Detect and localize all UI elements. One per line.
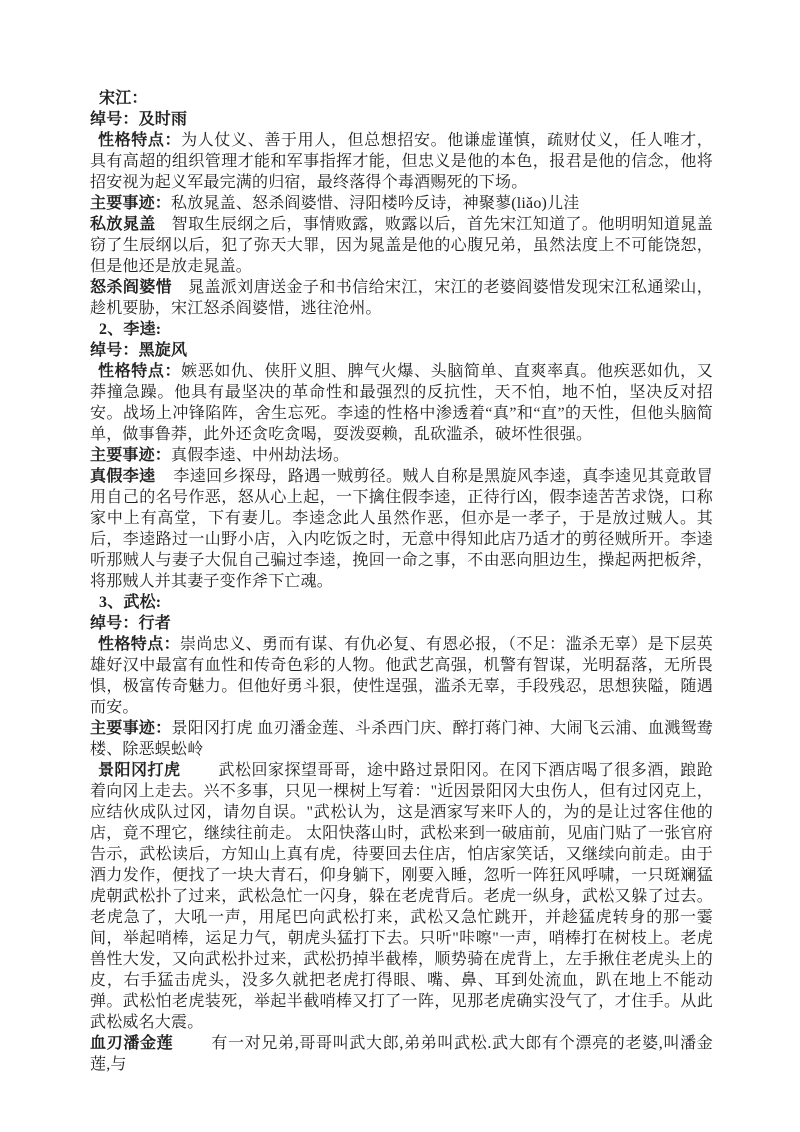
li-kui-deeds-text: 真假李逵、中州劫法场。 <box>171 447 349 464</box>
li-kui-personality-label: 性格特点： <box>98 363 181 380</box>
wu-song-nickname: 绰号：行者 <box>90 613 713 634</box>
event-nusha-yanpoxi-text: 晁盖派刘唐送金子和书信给宋江，宋江的老婆阎婆惜发现宋江私通梁山，趁机要胁，宋江怒… <box>90 279 713 317</box>
wu-song-deeds: 主要事迹：景阳冈打虎 血刃潘金莲、斗杀西门庆、醉打蒋门神、大闹飞云浦、血溅鸳鸯楼… <box>90 718 713 760</box>
wu-song-deeds-label: 主要事迹： <box>90 720 171 737</box>
song-jiang-deeds-text: 私放晁盖、怒杀阎婆惜、浔阳楼吟反诗，神聚蓼(liǎo)儿洼 <box>171 195 579 212</box>
song-jiang-heading-label: 宋江： <box>99 90 148 107</box>
event-nusha-yanpoxi: 怒杀阎婆惜晁盖派刘唐送金子和书信给宋江，宋江的老婆阎婆惜发现宋江私通梁山，趁机要… <box>90 277 713 319</box>
event-zhenjia-likui-text: 李逵回乡探母，路遇一贼剪径。贼人自称是黑旋风李逵，真李逵见其竟敢冒用自己的名号作… <box>90 468 713 590</box>
song-jiang-heading: 宋江： <box>90 88 713 109</box>
li-kui-heading-label: 2、李逵: <box>99 321 161 338</box>
event-sifang-chaogai-text: 智取生辰纲之后，事情败露，败露以后，首先宋江知道了。他明明知道晁盖窃了生辰纲以后… <box>90 216 713 275</box>
document-body: 宋江：绰号：及时雨性格特点：为人仗义、善于用人，但总想招安。他谦虚谨慎，疏财仗义… <box>90 88 713 1075</box>
document-page: 宋江：绰号：及时雨性格特点：为人仗义、善于用人，但总想招安。他谦虚谨慎，疏财仗义… <box>0 0 800 1132</box>
li-kui-deeds-label: 主要事迹： <box>90 447 171 464</box>
event-zhenjia-likui: 真假李逵李逵回乡探母，路遇一贼剪径。贼人自称是黑旋风李逵，真李逵见其竟敢冒用自己… <box>90 466 713 592</box>
li-kui-personality: 性格特点：嫉恶如仇、侠肝义胆、脾气火爆、头脑简单、直爽率真。他疾恶如仇，又莽撞急… <box>90 361 713 445</box>
event-xueren-panjinlian-label: 血刃潘金莲 <box>90 1035 173 1052</box>
event-sifang-chaogai-label: 私放晁盖 <box>90 216 156 233</box>
wu-song-deeds-text: 景阳冈打虎 血刃潘金莲、斗杀西门庆、醉打蒋门神、大闹飞云浦、血溅鸳鸯楼、除恶蜈蚣… <box>90 720 713 758</box>
event-jingyanggang-dahu-text: 武松回家探望哥哥，途中路过景阳冈。在冈下酒店喝了很多酒，踉跄着向冈上走去。兴不多… <box>90 762 713 1031</box>
song-jiang-deeds: 主要事迹：私放晁盖、怒杀阎婆惜、浔阳楼吟反诗，神聚蓼(liǎo)儿洼 <box>90 193 713 214</box>
event-jingyanggang-dahu-label: 景阳冈打虎 <box>98 762 180 779</box>
wu-song-nickname-label: 绰号：行者 <box>90 615 171 632</box>
event-xueren-panjinlian: 血刃潘金莲有一对兄弟,哥哥叫武大郎,弟弟叫武松.武大郎有个漂亮的老婆,叫潘金莲,… <box>90 1033 713 1075</box>
li-kui-nickname-label: 绰号：黑旋风 <box>90 342 187 359</box>
song-jiang-personality-text: 为人仗义、善于用人，但总想招安。他谦虚谨慎，疏财仗义，任人唯才，具有高超的组织管… <box>90 132 713 191</box>
event-sifang-chaogai: 私放晁盖智取生辰纲之后，事情败露，败露以后，首先宋江知道了。他明明知道晁盖窃了生… <box>90 214 713 277</box>
li-kui-heading: 2、李逵: <box>90 319 713 340</box>
wu-song-personality: 性格特点：崇尚忠义、勇而有谋、有仇必复、有恩必报，（不足：滥杀无辜）是下层英雄好… <box>90 634 713 718</box>
song-jiang-personality: 性格特点：为人仗义、善于用人，但总想招安。他谦虚谨慎，疏财仗义，任人唯才，具有高… <box>90 130 713 193</box>
event-xueren-panjinlian-text: 有一对兄弟,哥哥叫武大郎,弟弟叫武松.武大郎有个漂亮的老婆,叫潘金莲,与 <box>90 1035 713 1073</box>
event-jingyanggang-dahu: 景阳冈打虎武松回家探望哥哥，途中路过景阳冈。在冈下酒店喝了很多酒，踉跄着向冈上走… <box>90 760 713 1033</box>
wu-song-heading-label: 3、武松: <box>99 594 161 611</box>
song-jiang-deeds-label: 主要事迹： <box>90 195 171 212</box>
event-nusha-yanpoxi-label: 怒杀阎婆惜 <box>90 279 172 296</box>
li-kui-nickname: 绰号：黑旋风 <box>90 340 713 361</box>
wu-song-heading: 3、武松: <box>90 592 713 613</box>
wu-song-personality-label: 性格特点： <box>98 636 180 653</box>
song-jiang-personality-label: 性格特点： <box>98 132 181 149</box>
li-kui-personality-text: 嫉恶如仇、侠肝义胆、脾气火爆、头脑简单、直爽率真。他疾恶如仇，又莽撞急躁。他具有… <box>90 363 713 443</box>
event-zhenjia-likui-label: 真假李逵 <box>90 468 155 485</box>
li-kui-deeds: 主要事迹：真假李逵、中州劫法场。 <box>90 445 713 466</box>
song-jiang-nickname-label: 绰号：及时雨 <box>90 111 187 128</box>
wu-song-personality-text: 崇尚忠义、勇而有谋、有仇必复、有恩必报，（不足：滥杀无辜）是下层英雄好汉中最富有… <box>90 636 713 716</box>
song-jiang-nickname: 绰号：及时雨 <box>90 109 713 130</box>
